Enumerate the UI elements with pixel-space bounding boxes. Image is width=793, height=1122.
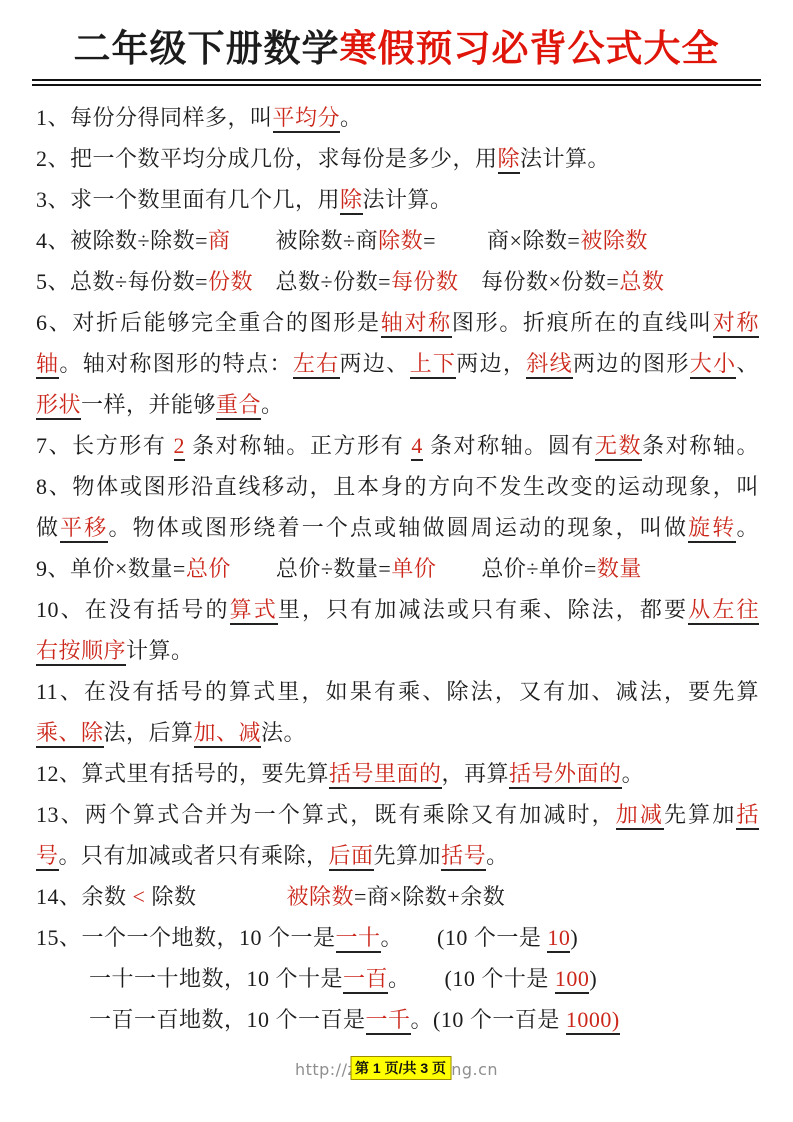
text-segment: 条对称轴。 [642,433,759,458]
formula-line: 14、余数 < 除数 被除数=商×除数+余数 [36,876,759,917]
text-segment: 12、算式里有括号的，要先算 [36,761,329,786]
text-segment: 除 [340,187,363,215]
formula-line: 10、在没有括号的算式里，只有加减法或只有乘、除法，都要从左往 [36,589,759,630]
text-segment: 括号 [441,843,486,871]
page-title-red-part: 寒假预习必背公式大全 [340,29,720,70]
text-segment: 100 [555,966,590,994]
text-segment: 平均分 [273,105,341,133]
text-segment: 无数 [595,433,642,461]
text-segment: 7、长方形有 [36,433,174,458]
text-segment: 对称 [713,310,759,338]
formula-line: 1、每份分得同样多，叫平均分。 [36,97,759,138]
text-segment: 。 [622,761,645,786]
text-segment: 。 (10 个一是 [381,925,548,950]
text-segment: 乘、除 [36,720,104,748]
text-segment: 被除数 [286,884,354,909]
text-segment: 轴 [36,351,59,379]
text-segment: 两边的图形 [573,351,690,376]
text-segment: 6、对折后能够完全重合的图形是 [36,310,381,335]
text-segment: =商×除数+余数 [354,884,505,909]
text-segment: 、 [736,351,759,376]
text-segment: 。 [261,392,284,417]
text-segment: 一千 [366,1007,411,1035]
text-segment: 每份数 [391,269,459,294]
text-segment: 每份数×份数= [459,269,620,294]
page-title-black-part: 二年级下册数学 [74,29,340,70]
text-segment: 法。 [261,720,306,745]
text-segment: 条对称轴。圆有 [423,433,595,458]
text-segment: 4、被除数÷除数= [36,228,208,253]
text-segment: 。轴对称图形的特点： [59,351,292,376]
text-segment: 一百 [343,966,388,994]
text-segment: 加、减 [194,720,262,748]
text-segment: ) [570,925,578,950]
text-segment: 。 (10 个十是 [388,966,555,991]
text-segment: 两边、 [340,351,410,376]
text-segment: 一样，并能够 [81,392,216,417]
page-footer: http://zhiyugongfang.cn 第 1 页/共 3 页 [0,1060,793,1080]
text-segment: 先算加 [664,802,736,827]
text-segment: 10 [547,925,570,953]
text-segment: ) [589,966,597,991]
text-segment: 5、总数÷每份数= [36,269,208,294]
formula-line: 形状一样，并能够重合。 [36,384,759,425]
text-segment: 9、单价×数量= [36,556,186,581]
text-segment: 8、物体或图形沿直线移动，且本身的方向不发生改变的运动现象，叫 [36,474,759,499]
text-segment: 括号外面的 [509,761,622,789]
formula-line: 5、总数÷每份数=份数 总数÷份数=每份数 每份数×份数=总数 [36,261,759,302]
formula-line: 一百一百地数，10 个一百是一千。(10 个一百是 1000) [36,999,759,1040]
text-segment: 条对称轴。正方形有 [185,433,411,458]
text-segment: 总数 [619,269,664,294]
text-segment: 总价÷单价= [436,556,596,581]
text-segment: 号 [36,843,59,871]
text-segment: 里，只有加减法或只有乘、除法，都要 [278,597,688,622]
formula-line: 12、算式里有括号的，要先算括号里面的，再算括号外面的。 [36,753,759,794]
text-segment: 后面 [329,843,374,871]
formula-line: 做平移。物体或图形绕着一个点或轴做圆周运动的现象，叫做旋转。 [36,507,759,548]
text-segment: 斜线 [526,351,573,379]
formula-line: 13、两个算式合并为一个算式，既有乘除又有加减时，加减先算加括 [36,794,759,835]
text-segment: 除数 [145,884,286,909]
text-segment: 除数 [378,228,423,253]
formula-line: 6、对折后能够完全重合的图形是轴对称图形。折痕所在的直线叫对称 [36,302,759,343]
text-segment: 15、一个一个地数，10 个一是 [36,925,336,950]
text-segment: 上下 [410,351,457,379]
text-segment: 。 [736,515,759,540]
text-segment: 算式 [230,597,278,625]
formula-line: 15、一个一个地数，10 个一是一十。 (10 个一是 10) [36,917,759,958]
text-segment: 。 [486,843,509,868]
formula-line: 9、单价×数量=总价 总价÷数量=单价 总价÷单价=数量 [36,548,759,589]
page-number-badge: 第 1 页/共 3 页 [350,1056,451,1080]
text-segment: 数量 [597,556,642,581]
text-segment: 图形。折痕所在的直线叫 [452,310,713,335]
text-segment: 旋转 [688,515,736,543]
text-segment: 先算加 [374,843,442,868]
formula-line: 一十一十地数，10 个十是一百。 (10 个十是 100) [36,958,759,999]
formula-line: 轴。轴对称图形的特点：左右两边、上下两边，斜线两边的图形大小、 [36,343,759,384]
title-divider-double-rule [32,79,761,86]
text-segment: 单价 [391,556,436,581]
formula-line: 号。只有加减或者只有乘除，后面先算加括号。 [36,835,759,876]
text-segment: 大小 [690,351,737,379]
text-segment: 3、求一个数里面有几个几，用 [36,187,340,212]
formula-line: 右按顺序计算。 [36,630,759,671]
text-segment: 总价 [186,556,231,581]
formula-line: 7、长方形有 2 条对称轴。正方形有 4 条对称轴。圆有无数条对称轴。 [36,425,759,466]
text-segment: 。物体或图形绕着一个点或轴做圆周运动的现象，叫做 [108,515,688,540]
text-segment: 13、两个算式合并为一个算式，既有乘除又有加减时， [36,802,616,827]
text-segment: 一百一百地数，10 个一百是 [89,1007,366,1032]
text-segment: 2 [174,433,186,461]
text-segment: 。 [340,105,363,130]
text-segment: 重合 [216,392,261,420]
formula-line: 3、求一个数里面有几个几，用除法计算。 [36,179,759,220]
page-title: 二年级下册数学寒假预习必背公式大全 [0,28,793,72]
text-segment: 总价÷数量= [231,556,391,581]
text-segment: 平移 [60,515,108,543]
formula-line: 11、在没有括号的算式里，如果有乘、除法，又有加、减法，要先算 [36,671,759,712]
text-segment: 1000) [566,1007,620,1035]
text-segment: 被除数 [580,228,648,253]
formula-line: 8、物体或图形沿直线移动，且本身的方向不发生改变的运动现象，叫 [36,466,759,507]
text-segment: 11、在没有括号的算式里，如果有乘、除法，又有加、减法，要先算 [36,679,759,704]
text-segment: 括号里面的 [329,761,442,789]
text-segment: < [133,884,146,909]
document-page: 二年级下册数学寒假预习必背公式大全 1、每份分得同样多，叫平均分。2、把一个数平… [0,0,793,1122]
text-segment: 10、在没有括号的 [36,597,230,622]
text-segment: 2、把一个数平均分成几份，求每份是多少，用 [36,146,498,171]
text-segment: 加减 [616,802,664,830]
text-segment: 14、余数 [36,884,133,909]
text-segment: 右按顺序 [36,638,126,666]
text-segment: = 商×除数= [423,228,580,253]
text-segment: 一十一十地数，10 个十是 [89,966,343,991]
text-segment: 做 [36,515,60,540]
text-segment: ，再算 [442,761,510,786]
text-segment: 法计算。 [520,146,610,171]
text-segment: 两边， [456,351,526,376]
text-segment: 除 [498,146,521,174]
text-segment: 形状 [36,392,81,420]
text-segment: 计算。 [126,638,194,663]
text-segment: 总数÷份数= [253,269,391,294]
content-lines: 1、每份分得同样多，叫平均分。2、把一个数平均分成几份，求每份是多少，用除法计算… [0,86,793,1040]
text-segment: 法，后算 [104,720,194,745]
formula-line: 4、被除数÷除数=商 被除数÷商除数= 商×除数=被除数 [36,220,759,261]
text-segment: 轴对称 [381,310,452,338]
text-segment: 左右 [293,351,340,379]
text-segment: 。(10 个一百是 [411,1007,566,1032]
text-segment: 4 [411,433,423,461]
text-segment: 1、每份分得同样多，叫 [36,105,273,130]
formula-line: 2、把一个数平均分成几份，求每份是多少，用除法计算。 [36,138,759,179]
text-segment: 法计算。 [363,187,453,212]
text-segment: 。只有加减或者只有乘除， [59,843,329,868]
text-segment: 份数 [208,269,253,294]
formula-line: 乘、除法，后算加、减法。 [36,712,759,753]
text-segment: 一十 [336,925,381,953]
text-segment: 括 [736,802,759,830]
text-segment: 从左往 [688,597,759,625]
text-segment: 商 [208,228,231,253]
text-segment: 被除数÷商 [231,228,379,253]
